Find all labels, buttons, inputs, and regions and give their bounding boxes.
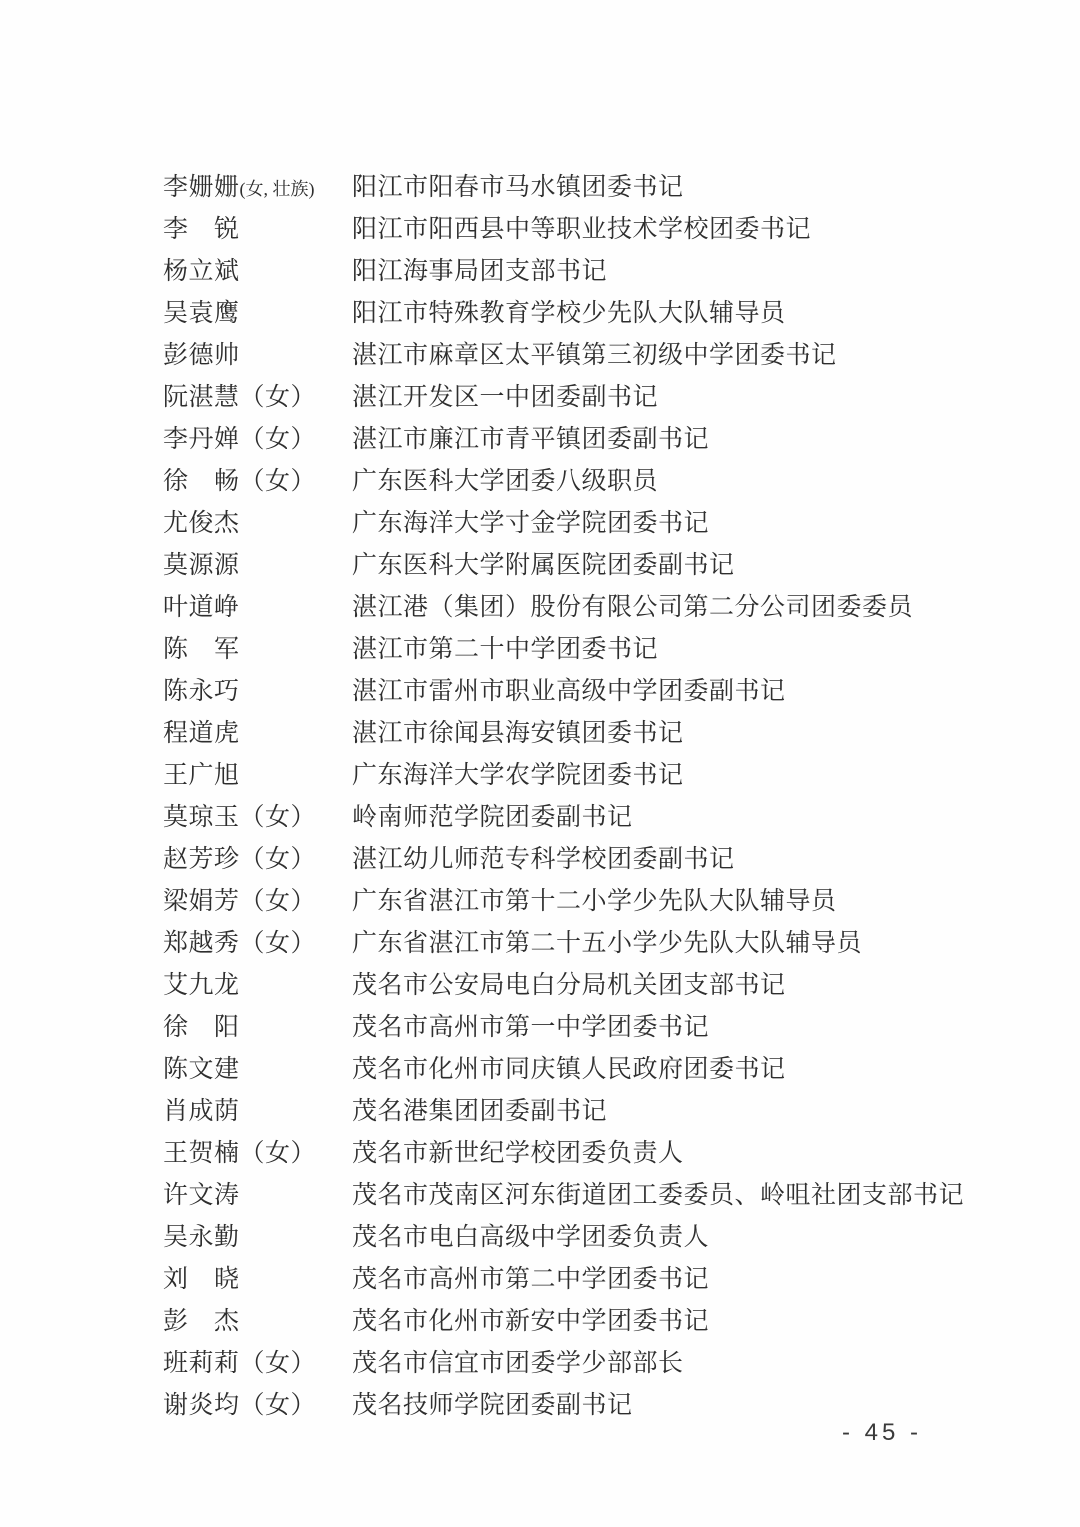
person-name: 徐 阳	[163, 1014, 240, 1041]
roster-row: 陈文建 茂名市化州市同庆镇人民政府团委书记	[163, 1046, 923, 1088]
person-name-cell: 陈文建	[163, 1049, 352, 1085]
roster-row: 班莉莉（女） 茂名市信宜市团委学少部部长	[163, 1340, 923, 1382]
person-title: 茂名市高州市第一中学团委书记	[352, 1007, 923, 1043]
person-name: 梁娟芳（女）	[163, 888, 316, 915]
person-title: 广东省湛江市第十二小学少先队大队辅导员	[352, 881, 923, 917]
roster-row: 徐 阳 茂名市高州市第一中学团委书记	[163, 1004, 923, 1046]
person-name-cell: 莫琼玉（女）	[163, 797, 352, 833]
person-title: 阳江海事局团支部书记	[352, 251, 923, 287]
person-name-cell: 程道虎	[163, 713, 352, 749]
person-name-cell: 徐 阳	[163, 1007, 352, 1043]
person-title: 广东医科大学团委八级职员	[352, 461, 923, 497]
person-title: 茂名市信宜市团委学少部部长	[352, 1343, 923, 1379]
person-title: 广东医科大学附属医院团委副书记	[352, 545, 923, 581]
roster-row: 吴永勤 茂名市电白高级中学团委负责人	[163, 1214, 923, 1256]
person-name-cell: 班莉莉（女）	[163, 1343, 352, 1379]
roster-row: 陈永巧 湛江市雷州市职业高级中学团委副书记	[163, 668, 923, 710]
person-name-cell: 阮湛慧（女）	[163, 377, 352, 413]
roster-row: 梁娟芳（女） 广东省湛江市第十二小学少先队大队辅导员	[163, 878, 923, 920]
person-title: 广东海洋大学寸金学院团委书记	[352, 503, 923, 539]
person-name: 谢炎均（女）	[163, 1392, 316, 1419]
person-name: 郑越秀（女）	[163, 930, 316, 957]
person-title: 茂名港集团团委副书记	[352, 1091, 923, 1127]
person-title: 茂名市化州市新安中学团委书记	[352, 1301, 923, 1337]
person-gender-ethnicity-note: (女, 壮族)	[240, 179, 315, 199]
person-name: 阮湛慧（女）	[163, 384, 316, 411]
roster-row: 尤俊杰 广东海洋大学寸金学院团委书记	[163, 500, 923, 542]
roster-row: 李丹婵（女） 湛江市廉江市青平镇团委副书记	[163, 416, 923, 458]
person-title: 湛江市雷州市职业高级中学团委副书记	[352, 671, 923, 707]
person-title: 湛江开发区一中团委副书记	[352, 377, 923, 413]
person-name: 徐 畅（女）	[163, 468, 316, 495]
person-name: 艾九龙	[163, 972, 240, 999]
person-title: 湛江市第二十中学团委书记	[352, 629, 923, 665]
roster-list: 李姗姗(女, 壮族) 阳江市阳春市马水镇团委书记 李 锐 阳江市阳西县中等职业技…	[163, 164, 923, 1424]
person-title: 湛江市徐闻县海安镇团委书记	[352, 713, 923, 749]
person-title: 阳江市阳春市马水镇团委书记	[352, 167, 923, 203]
roster-row: 赵芳珍（女） 湛江幼儿师范专科学校团委副书记	[163, 836, 923, 878]
person-name-cell: 梁娟芳（女）	[163, 881, 352, 917]
person-name: 王贺楠（女）	[163, 1140, 316, 1167]
person-name: 彭 杰	[163, 1308, 240, 1335]
roster-row: 莫琼玉（女） 岭南师范学院团委副书记	[163, 794, 923, 836]
roster-row: 王广旭 广东海洋大学农学院团委书记	[163, 752, 923, 794]
person-name: 莫琼玉（女）	[163, 804, 316, 831]
person-title: 岭南师范学院团委副书记	[352, 797, 923, 833]
roster-row: 彭德帅 湛江市麻章区太平镇第三初级中学团委书记	[163, 332, 923, 374]
person-name-cell: 杨立斌	[163, 251, 352, 287]
roster-row: 叶道峥 湛江港（集团）股份有限公司第二分公司团委委员	[163, 584, 923, 626]
person-title: 茂名市高州市第二中学团委书记	[352, 1259, 923, 1295]
person-name: 程道虎	[163, 720, 240, 747]
person-name: 陈文建	[163, 1056, 240, 1083]
person-name: 叶道峥	[163, 594, 240, 621]
person-name: 吴袁鹰	[163, 300, 240, 327]
roster-row: 莫源源 广东医科大学附属医院团委副书记	[163, 542, 923, 584]
person-name: 班莉莉（女）	[163, 1350, 316, 1377]
roster-row: 李姗姗(女, 壮族) 阳江市阳春市马水镇团委书记	[163, 164, 923, 206]
roster-row: 彭 杰 茂名市化州市新安中学团委书记	[163, 1298, 923, 1340]
person-title: 广东省湛江市第二十五小学少先队大队辅导员	[352, 923, 923, 959]
person-name: 杨立斌	[163, 258, 240, 285]
person-name: 李丹婵（女）	[163, 426, 316, 453]
person-name-cell: 王贺楠（女）	[163, 1133, 352, 1169]
person-name: 莫源源	[163, 552, 240, 579]
person-name-cell: 李姗姗(女, 壮族)	[163, 167, 352, 203]
person-name-cell: 刘 晓	[163, 1259, 352, 1295]
person-name-cell: 陈 军	[163, 629, 352, 665]
person-name: 陈 军	[163, 636, 240, 663]
person-name-cell: 郑越秀（女）	[163, 923, 352, 959]
roster-row: 刘 晓 茂名市高州市第二中学团委书记	[163, 1256, 923, 1298]
person-name-cell: 彭德帅	[163, 335, 352, 371]
roster-row: 陈 军 湛江市第二十中学团委书记	[163, 626, 923, 668]
person-name: 王广旭	[163, 762, 240, 789]
roster-row: 阮湛慧（女） 湛江开发区一中团委副书记	[163, 374, 923, 416]
person-name: 吴永勤	[163, 1224, 240, 1251]
roster-row: 王贺楠（女） 茂名市新世纪学校团委负责人	[163, 1130, 923, 1172]
person-title: 阳江市阳西县中等职业技术学校团委书记	[352, 209, 923, 245]
person-name-cell: 吴袁鹰	[163, 293, 352, 329]
person-name: 李姗姗	[163, 174, 240, 201]
roster-row: 程道虎 湛江市徐闻县海安镇团委书记	[163, 710, 923, 752]
person-name-cell: 李 锐	[163, 209, 352, 245]
roster-row: 徐 畅（女） 广东医科大学团委八级职员	[163, 458, 923, 500]
person-title: 湛江幼儿师范专科学校团委副书记	[352, 839, 923, 875]
roster-row: 郑越秀（女） 广东省湛江市第二十五小学少先队大队辅导员	[163, 920, 923, 962]
person-name-cell: 吴永勤	[163, 1217, 352, 1253]
person-name-cell: 肖成荫	[163, 1091, 352, 1127]
person-name-cell: 陈永巧	[163, 671, 352, 707]
person-name: 赵芳珍（女）	[163, 846, 316, 873]
person-name-cell: 赵芳珍（女）	[163, 839, 352, 875]
person-title: 茂名市茂南区河东街道团工委委员、岭咀社团支部书记	[352, 1175, 964, 1211]
person-name: 肖成荫	[163, 1098, 240, 1125]
person-name-cell: 王广旭	[163, 755, 352, 791]
person-name: 许文涛	[163, 1182, 240, 1209]
person-title: 茂名市公安局电白分局机关团支部书记	[352, 965, 923, 1001]
roster-row: 杨立斌 阳江海事局团支部书记	[163, 248, 923, 290]
person-title: 湛江市廉江市青平镇团委副书记	[352, 419, 923, 455]
person-name-cell: 徐 畅（女）	[163, 461, 352, 497]
roster-row: 李 锐 阳江市阳西县中等职业技术学校团委书记	[163, 206, 923, 248]
person-title: 湛江港（集团）股份有限公司第二分公司团委委员	[352, 587, 923, 623]
roster-row: 艾九龙 茂名市公安局电白分局机关团支部书记	[163, 962, 923, 1004]
person-name-cell: 尤俊杰	[163, 503, 352, 539]
person-title: 茂名市化州市同庆镇人民政府团委书记	[352, 1049, 923, 1085]
person-title: 阳江市特殊教育学校少先队大队辅导员	[352, 293, 923, 329]
person-name-cell: 李丹婵（女）	[163, 419, 352, 455]
roster-row: 谢炎均（女） 茂名技师学院团委副书记	[163, 1382, 923, 1424]
person-name: 李 锐	[163, 216, 240, 243]
person-name: 刘 晓	[163, 1266, 240, 1293]
document-page: 李姗姗(女, 壮族) 阳江市阳春市马水镇团委书记 李 锐 阳江市阳西县中等职业技…	[0, 0, 1080, 1527]
person-name: 陈永巧	[163, 678, 240, 705]
person-name-cell: 艾九龙	[163, 965, 352, 1001]
person-name-cell: 谢炎均（女）	[163, 1385, 352, 1421]
person-name-cell: 叶道峥	[163, 587, 352, 623]
person-name: 彭德帅	[163, 342, 240, 369]
person-title: 湛江市麻章区太平镇第三初级中学团委书记	[352, 335, 923, 371]
roster-row: 吴袁鹰 阳江市特殊教育学校少先队大队辅导员	[163, 290, 923, 332]
roster-row: 许文涛 茂名市茂南区河东街道团工委委员、岭咀社团支部书记	[163, 1172, 923, 1214]
person-title: 茂名技师学院团委副书记	[352, 1385, 923, 1421]
person-title: 广东海洋大学农学院团委书记	[352, 755, 923, 791]
roster-row: 肖成荫 茂名港集团团委副书记	[163, 1088, 923, 1130]
person-title: 茂名市新世纪学校团委负责人	[352, 1133, 923, 1169]
person-name-cell: 莫源源	[163, 545, 352, 581]
person-title: 茂名市电白高级中学团委负责人	[352, 1217, 923, 1253]
person-name-cell: 许文涛	[163, 1175, 352, 1211]
page-number: - 45 -	[822, 1419, 942, 1447]
person-name-cell: 彭 杰	[163, 1301, 352, 1337]
person-name: 尤俊杰	[163, 510, 240, 537]
